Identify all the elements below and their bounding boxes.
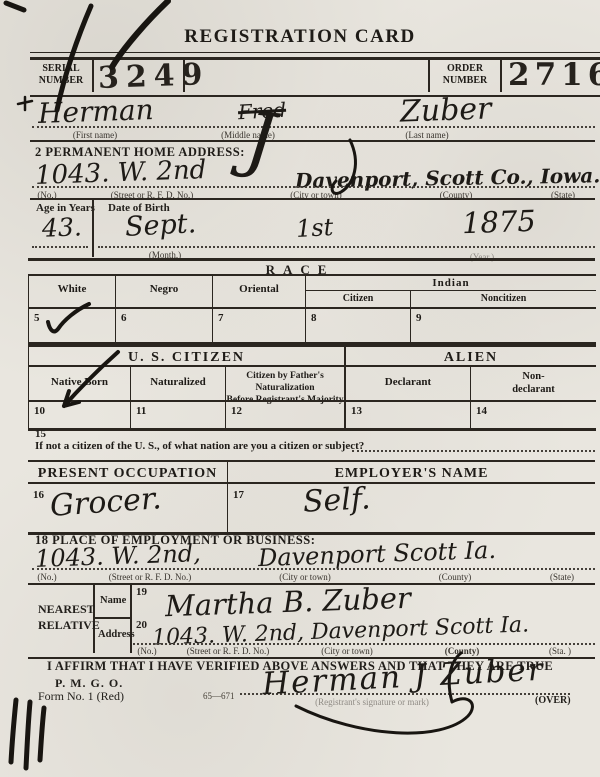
order-label-line2: NUMBER	[443, 75, 487, 86]
alien-header: ALIEN	[346, 347, 596, 367]
occupation-cell: 16 Grocer.	[28, 484, 228, 532]
employment-caption-state: (State)	[550, 572, 574, 582]
father-line1: Citizen by Father's Naturalization	[246, 371, 324, 393]
employer-header: EMPLOYER'S NAME	[228, 462, 595, 484]
occupation-table: PRESENT OCCUPATION EMPLOYER'S NAME 16 Gr…	[28, 460, 595, 535]
serial-number-value: 3249	[98, 60, 210, 94]
first-name-caption: (First name)	[73, 130, 117, 140]
last-name-handwriting: Zuber	[400, 94, 492, 127]
relative-name-label: Name	[100, 595, 126, 606]
employment-caption-street: (Street or R. F. D. No.)	[109, 572, 192, 582]
alien-col-nondeclarant: Non- declarant	[471, 367, 596, 400]
relative-caption-street: (Street or R. F. D. No.)	[187, 646, 270, 656]
home-street-handwriting: 1043. W. 2nd	[35, 157, 207, 189]
nation-writing-line	[352, 450, 595, 452]
dob-day-handwriting: 1st	[295, 215, 333, 241]
tally-pen-marks	[11, 700, 44, 768]
race-cell-9: 9	[411, 307, 596, 342]
name-writing-line	[32, 126, 595, 128]
nondeclarant-line2: declarant	[512, 384, 555, 395]
name-section-rule	[30, 140, 595, 142]
age-dob-divider	[92, 200, 94, 257]
plus-pen-mark	[18, 97, 32, 110]
us-citizen-header: U. S. CITIZEN	[29, 347, 346, 367]
relative-block-label: NEAREST RELATIVE	[38, 602, 90, 633]
relative-address-label: Address	[98, 629, 135, 640]
order-label-line1: ORDER	[447, 63, 483, 74]
citizen-col-father-naturalization: Citizen by Father's Naturalization Befor…	[226, 367, 346, 400]
citizen-cell-13: 13	[346, 400, 471, 428]
relative-name-handwriting: Martha B. Zuber	[165, 584, 412, 622]
nation-field-number: 15	[35, 428, 46, 440]
dob-month-handwriting: Sept.	[124, 210, 197, 241]
dob-writing-line	[98, 246, 595, 248]
corner-pen-mark	[6, 3, 24, 10]
print-code: 65—671	[203, 691, 235, 701]
race-cell-8: 8	[306, 307, 411, 342]
address-section-rule	[30, 198, 595, 200]
race-cell-6: 6	[116, 307, 213, 342]
race-col-oriental: Oriental	[213, 276, 306, 307]
order-number-label: ORDER NUMBER	[433, 63, 497, 86]
title-rule	[30, 52, 600, 53]
registration-card-scan: REGISTRATION CARD SERIAL NUMBER 3249 ORD…	[0, 0, 600, 777]
race-col-indian: Indian	[306, 276, 596, 291]
race-cell-7: 7	[213, 307, 306, 342]
age-handwriting: 43.	[42, 214, 83, 240]
employment-caption-no: (No.)	[37, 572, 56, 582]
age-section-rule	[28, 258, 595, 261]
citizen-col-native-born: Native Born	[29, 367, 131, 400]
nondeclarant-line1: Non-	[522, 371, 544, 382]
citizen-col-naturalized: Naturalized	[131, 367, 226, 400]
occupation-header: PRESENT OCCUPATION	[28, 462, 228, 484]
alien-col-declarant: Declarant	[346, 367, 471, 400]
relative-address-number: 20	[136, 619, 147, 631]
citizenship-table: U. S. CITIZEN ALIEN Native Born Naturali…	[28, 344, 596, 431]
employment-caption-city: (City or town)	[279, 572, 331, 582]
relative-caption-no: (No.)	[137, 646, 156, 656]
order-box-divider	[500, 58, 502, 92]
race-col-negro: Negro	[116, 276, 213, 307]
citizen-cell-11: 11	[131, 400, 226, 428]
citizen-cell-14: 14	[471, 400, 596, 428]
page-title: REGISTRATION CARD	[0, 26, 600, 48]
nation-question: If not a citizen of the U. S., of what n…	[35, 440, 364, 452]
relative-writing-line	[133, 643, 595, 645]
over-label: (OVER)	[535, 695, 571, 706]
relative-label-line1: NEAREST	[38, 602, 95, 616]
employment-writing-line	[32, 568, 595, 570]
serial-label-line2: NUMBER	[39, 75, 83, 86]
order-number-value: 2716	[508, 60, 600, 91]
last-name-caption: (Last name)	[405, 130, 448, 140]
employer-cell: 17 Self.	[228, 484, 595, 532]
race-col-white: White	[29, 276, 116, 307]
order-box-left-divider	[428, 58, 430, 92]
form-number-label: Form No. 1 (Red)	[38, 689, 124, 704]
middle-initial-handwriting: J	[242, 102, 278, 177]
citizen-cell-12: 12	[226, 400, 346, 428]
race-col-indian-noncitizen: Noncitizen	[411, 291, 596, 307]
home-address-writing-line	[32, 186, 595, 188]
citizen-cell-10: 10	[29, 400, 131, 428]
relative-label-line2: RELATIVE	[38, 618, 100, 632]
first-name-handwriting: Herman	[38, 96, 155, 128]
employment-city-handwriting: Davenport Scott Ia.	[258, 538, 497, 570]
occupation-handwriting: Grocer.	[49, 484, 162, 522]
serial-label-line1: SERIAL	[42, 63, 79, 74]
race-col-indian-citizen: Citizen	[306, 291, 411, 307]
occupation-number: 16	[28, 486, 44, 501]
race-cell-5: 5	[29, 307, 116, 342]
employer-handwriting: Self.	[302, 484, 371, 517]
race-table: White Negro Oriental Indian Citizen Nonc…	[28, 274, 596, 345]
relative-name-number: 19	[136, 586, 147, 598]
relative-caption-city: (City or town)	[321, 646, 373, 656]
serial-box-divider	[92, 58, 94, 92]
dob-year-handwriting: 1875	[462, 207, 537, 239]
employer-number: 17	[228, 486, 244, 501]
relative-field-divider	[130, 585, 132, 653]
relative-caption-state: (Sta. )	[549, 646, 571, 656]
employment-caption-county: (County)	[439, 572, 472, 582]
age-writing-line	[32, 246, 88, 248]
employment-street-handwriting: 1043. W. 2nd,	[35, 541, 202, 571]
serial-number-label: SERIAL NUMBER	[33, 63, 89, 86]
